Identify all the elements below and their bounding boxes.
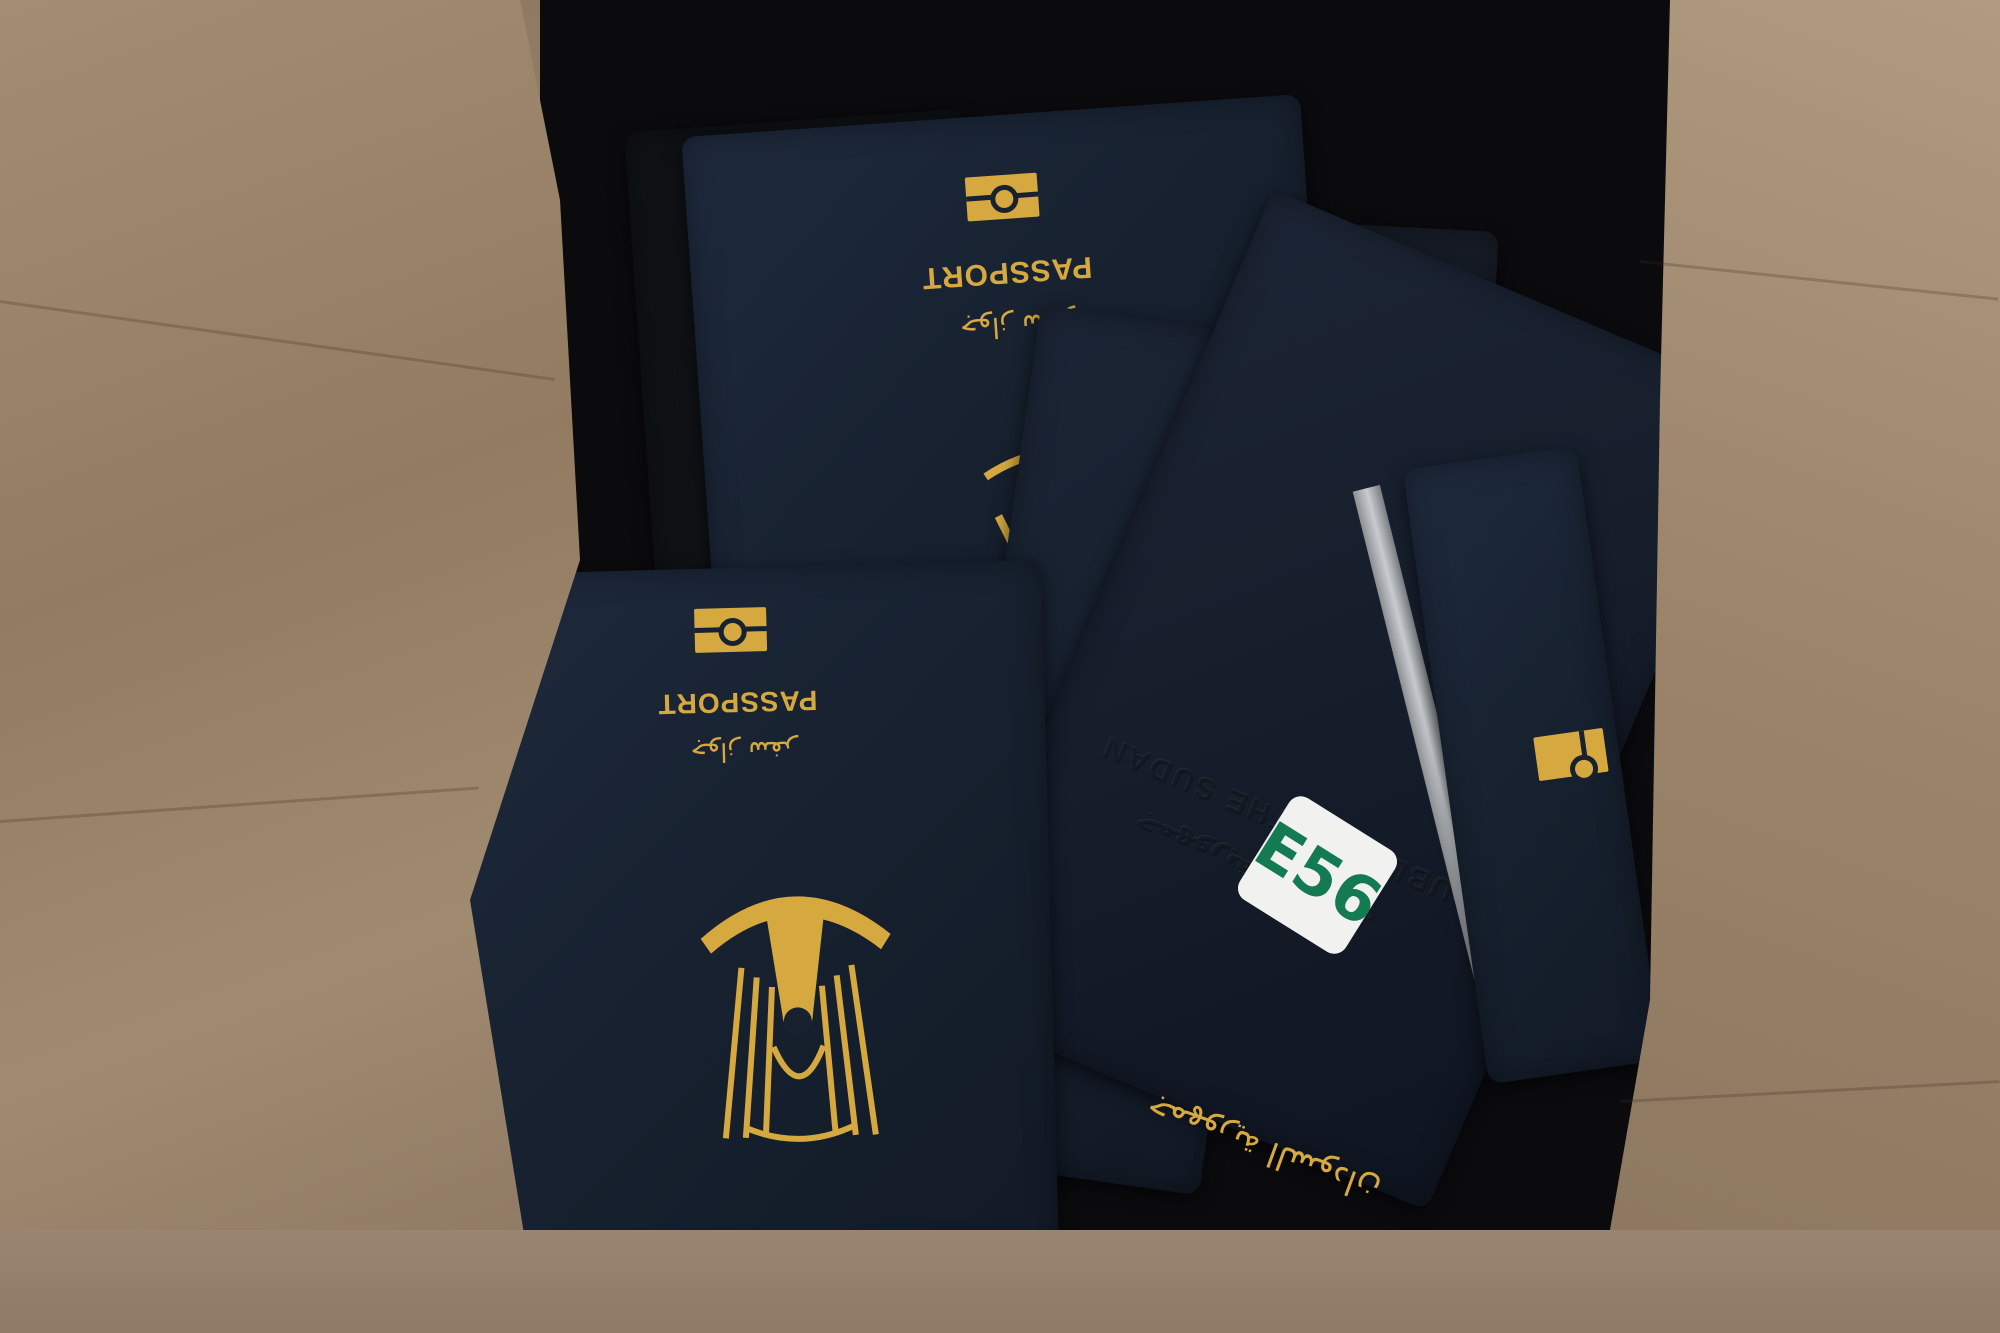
passport-title: PASSPORT — [920, 249, 1093, 295]
biometric-chip-icon — [1533, 728, 1608, 781]
biometric-chip-icon — [965, 173, 1040, 222]
photo-scene: PASSPORT جواز سفر REPUBLIC OF THE SUDAN … — [0, 0, 2000, 1333]
passport-title: PASSPORT — [657, 684, 818, 720]
cardboard-flap-bottom — [0, 1230, 2000, 1333]
cardboard-flap-right — [1610, 0, 2000, 1333]
passport-arabic-title: جواز سفر — [690, 734, 798, 767]
coat-of-arms-icon — [678, 843, 916, 1159]
biometric-chip-icon — [694, 607, 767, 653]
